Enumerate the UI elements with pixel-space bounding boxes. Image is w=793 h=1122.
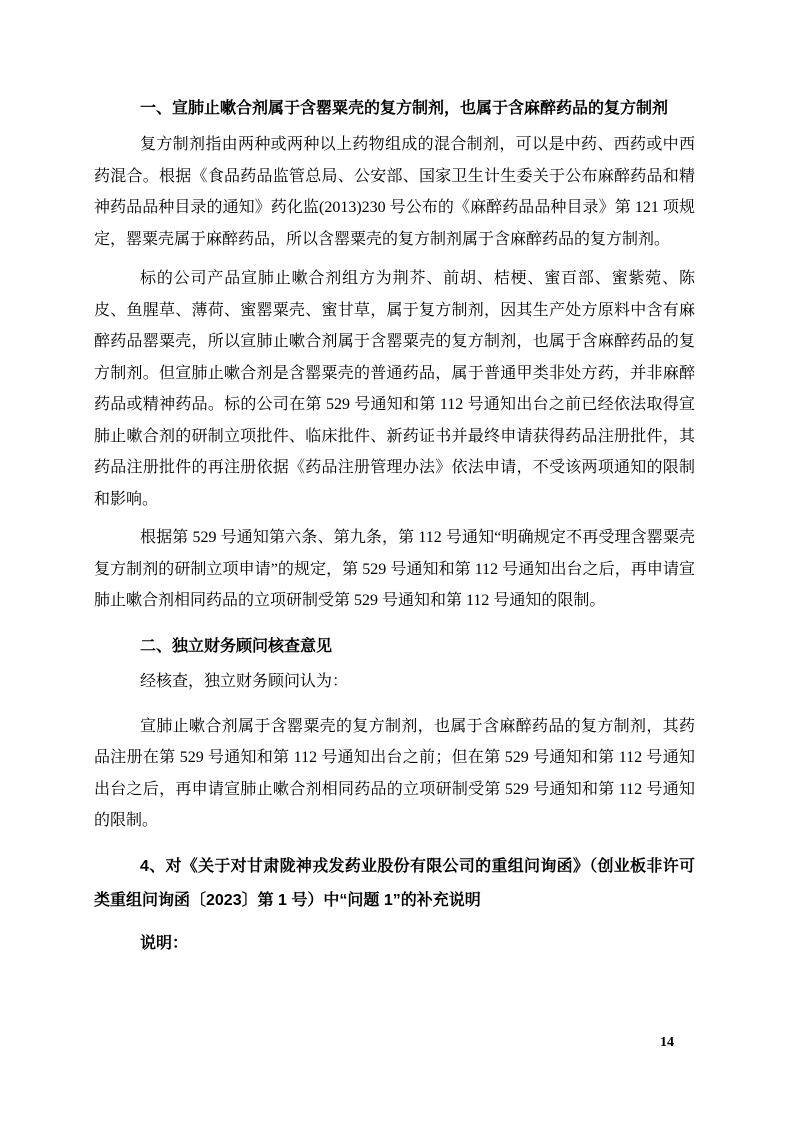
- paragraph-notice-restrictions: 根据第 529 号通知第六条、第九条，第 112 号通知“明确规定不再受理含罂粟…: [94, 522, 695, 617]
- section-heading-advisor-opinion: 二、独立财务顾问核查意见: [94, 631, 695, 663]
- paragraph-product-formula: 标的公司产品宣肺止嗽合剂组方为荆芥、前胡、桔梗、蜜百部、蜜紫菀、陈皮、鱼腥草、薄…: [94, 263, 695, 515]
- paragraph-explanation-label: 说明：: [94, 928, 695, 960]
- section-heading-compound-preparation: 一、宣肺止嗽合剂属于含罂粟壳的复方制剂，也属于含麻醉药品的复方制剂: [94, 91, 695, 126]
- page-number: 14: [651, 1035, 683, 1051]
- paragraph-advisor-conclusion: 宣肺止嗽合剂属于含罂粟壳的复方制剂，也属于含麻醉药品的复方制剂，其药品注册在第 …: [94, 711, 695, 837]
- paragraph-compound-definition: 复方制剂指由两种或两种以上药物组成的混合制剂，可以是中药、西药或中西药混合。根据…: [94, 129, 695, 255]
- paragraph-advisor-intro: 经核查，独立财务顾问认为：: [94, 666, 695, 698]
- document-page: 一、宣肺止嗽合剂属于含罂粟壳的复方制剂，也属于含麻醉药品的复方制剂 复方制剂指由…: [0, 0, 793, 1122]
- document-body: 一、宣肺止嗽合剂属于含罂粟壳的复方制剂，也属于含麻醉药品的复方制剂 复方制剂指由…: [94, 91, 695, 959]
- section-heading-inquiry-letter-supplement: 4、对《关于对甘肃陇神戎发药业股份有限公司的重组问询函》（创业板非许可类重组问询…: [94, 850, 695, 918]
